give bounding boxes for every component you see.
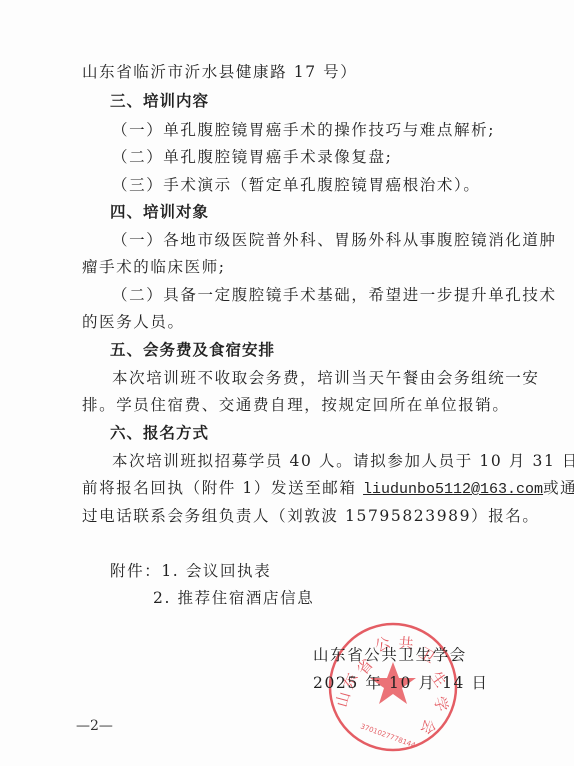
registration-line2-suffix: 或通 [543, 479, 574, 497]
target-item-1-line1: （一）各地市级医院普外科、胃肠外科从事腹腔镜消化道肿 [112, 230, 557, 250]
attachments-label: 附件： [110, 562, 161, 580]
target-item-1-line2: 瘤手术的临床医师; [82, 257, 226, 277]
fees-line1: 本次培训班不收取会务费，培训当天午餐由会务组统一安 [112, 368, 540, 388]
registration-line2: 前将报名回执（附件 1）发送至邮箱 liudunbo5112@163.com或通 [82, 478, 574, 500]
attachment-item-2: 2. 推荐住宿酒店信息 [153, 588, 314, 608]
section-heading-registration: 六、报名方式 [110, 423, 209, 443]
attachment-item-1: 1. 会议回执表 [161, 562, 271, 580]
content-item-2: （二）单孔腹腔镜胃癌手术录像复盘; [112, 147, 392, 167]
attachments: 附件：1. 会议回执表 [110, 561, 271, 581]
registration-line2-prefix: 前将报名回执（附件 1）发送至邮箱 [82, 479, 363, 497]
content-item-1: （一）单孔腹腔镜胃癌手术的操作技巧与难点解析; [112, 120, 495, 140]
svg-text:学: 学 [430, 694, 451, 713]
content-item-3: （三）手术演示（暂定单孔腹腔镜胃癌根治术）。 [112, 175, 480, 195]
section-heading-training-target: 四、培训对象 [110, 202, 209, 222]
section-heading-fees: 五、会务费及食宿安排 [110, 340, 275, 360]
target-item-2-line2: 的医务人员。 [82, 312, 185, 332]
registration-line1: 本次培训班拟招募学员 40 人。请拟参加人员于 10 月 31 日 [112, 451, 574, 471]
email-link[interactable]: liudunbo5112@163.com [363, 481, 543, 498]
fees-line2: 排。学员住宿费、交通费自理，按规定回所在单位报销。 [82, 395, 510, 415]
svg-text:会: 会 [417, 717, 439, 737]
svg-text:3701027778144: 3701027778144 [359, 722, 417, 750]
target-item-2-line1: （二）具备一定腹腔镜手术基础，希望进一步提升单孔技术 [112, 285, 557, 305]
section-heading-training-content: 三、培训内容 [110, 91, 209, 111]
page-number: —2— [76, 718, 113, 734]
address-tail: 山东省临沂市沂水县健康路 17 号） [82, 62, 357, 82]
registration-line3: 过电话联系会务组负责人（刘敦波 15795823989）报名。 [82, 506, 540, 526]
signature-date: 2025 年 10 月 14 日 [313, 673, 489, 693]
signature-organization: 山东省公共卫生学会 [313, 645, 467, 665]
